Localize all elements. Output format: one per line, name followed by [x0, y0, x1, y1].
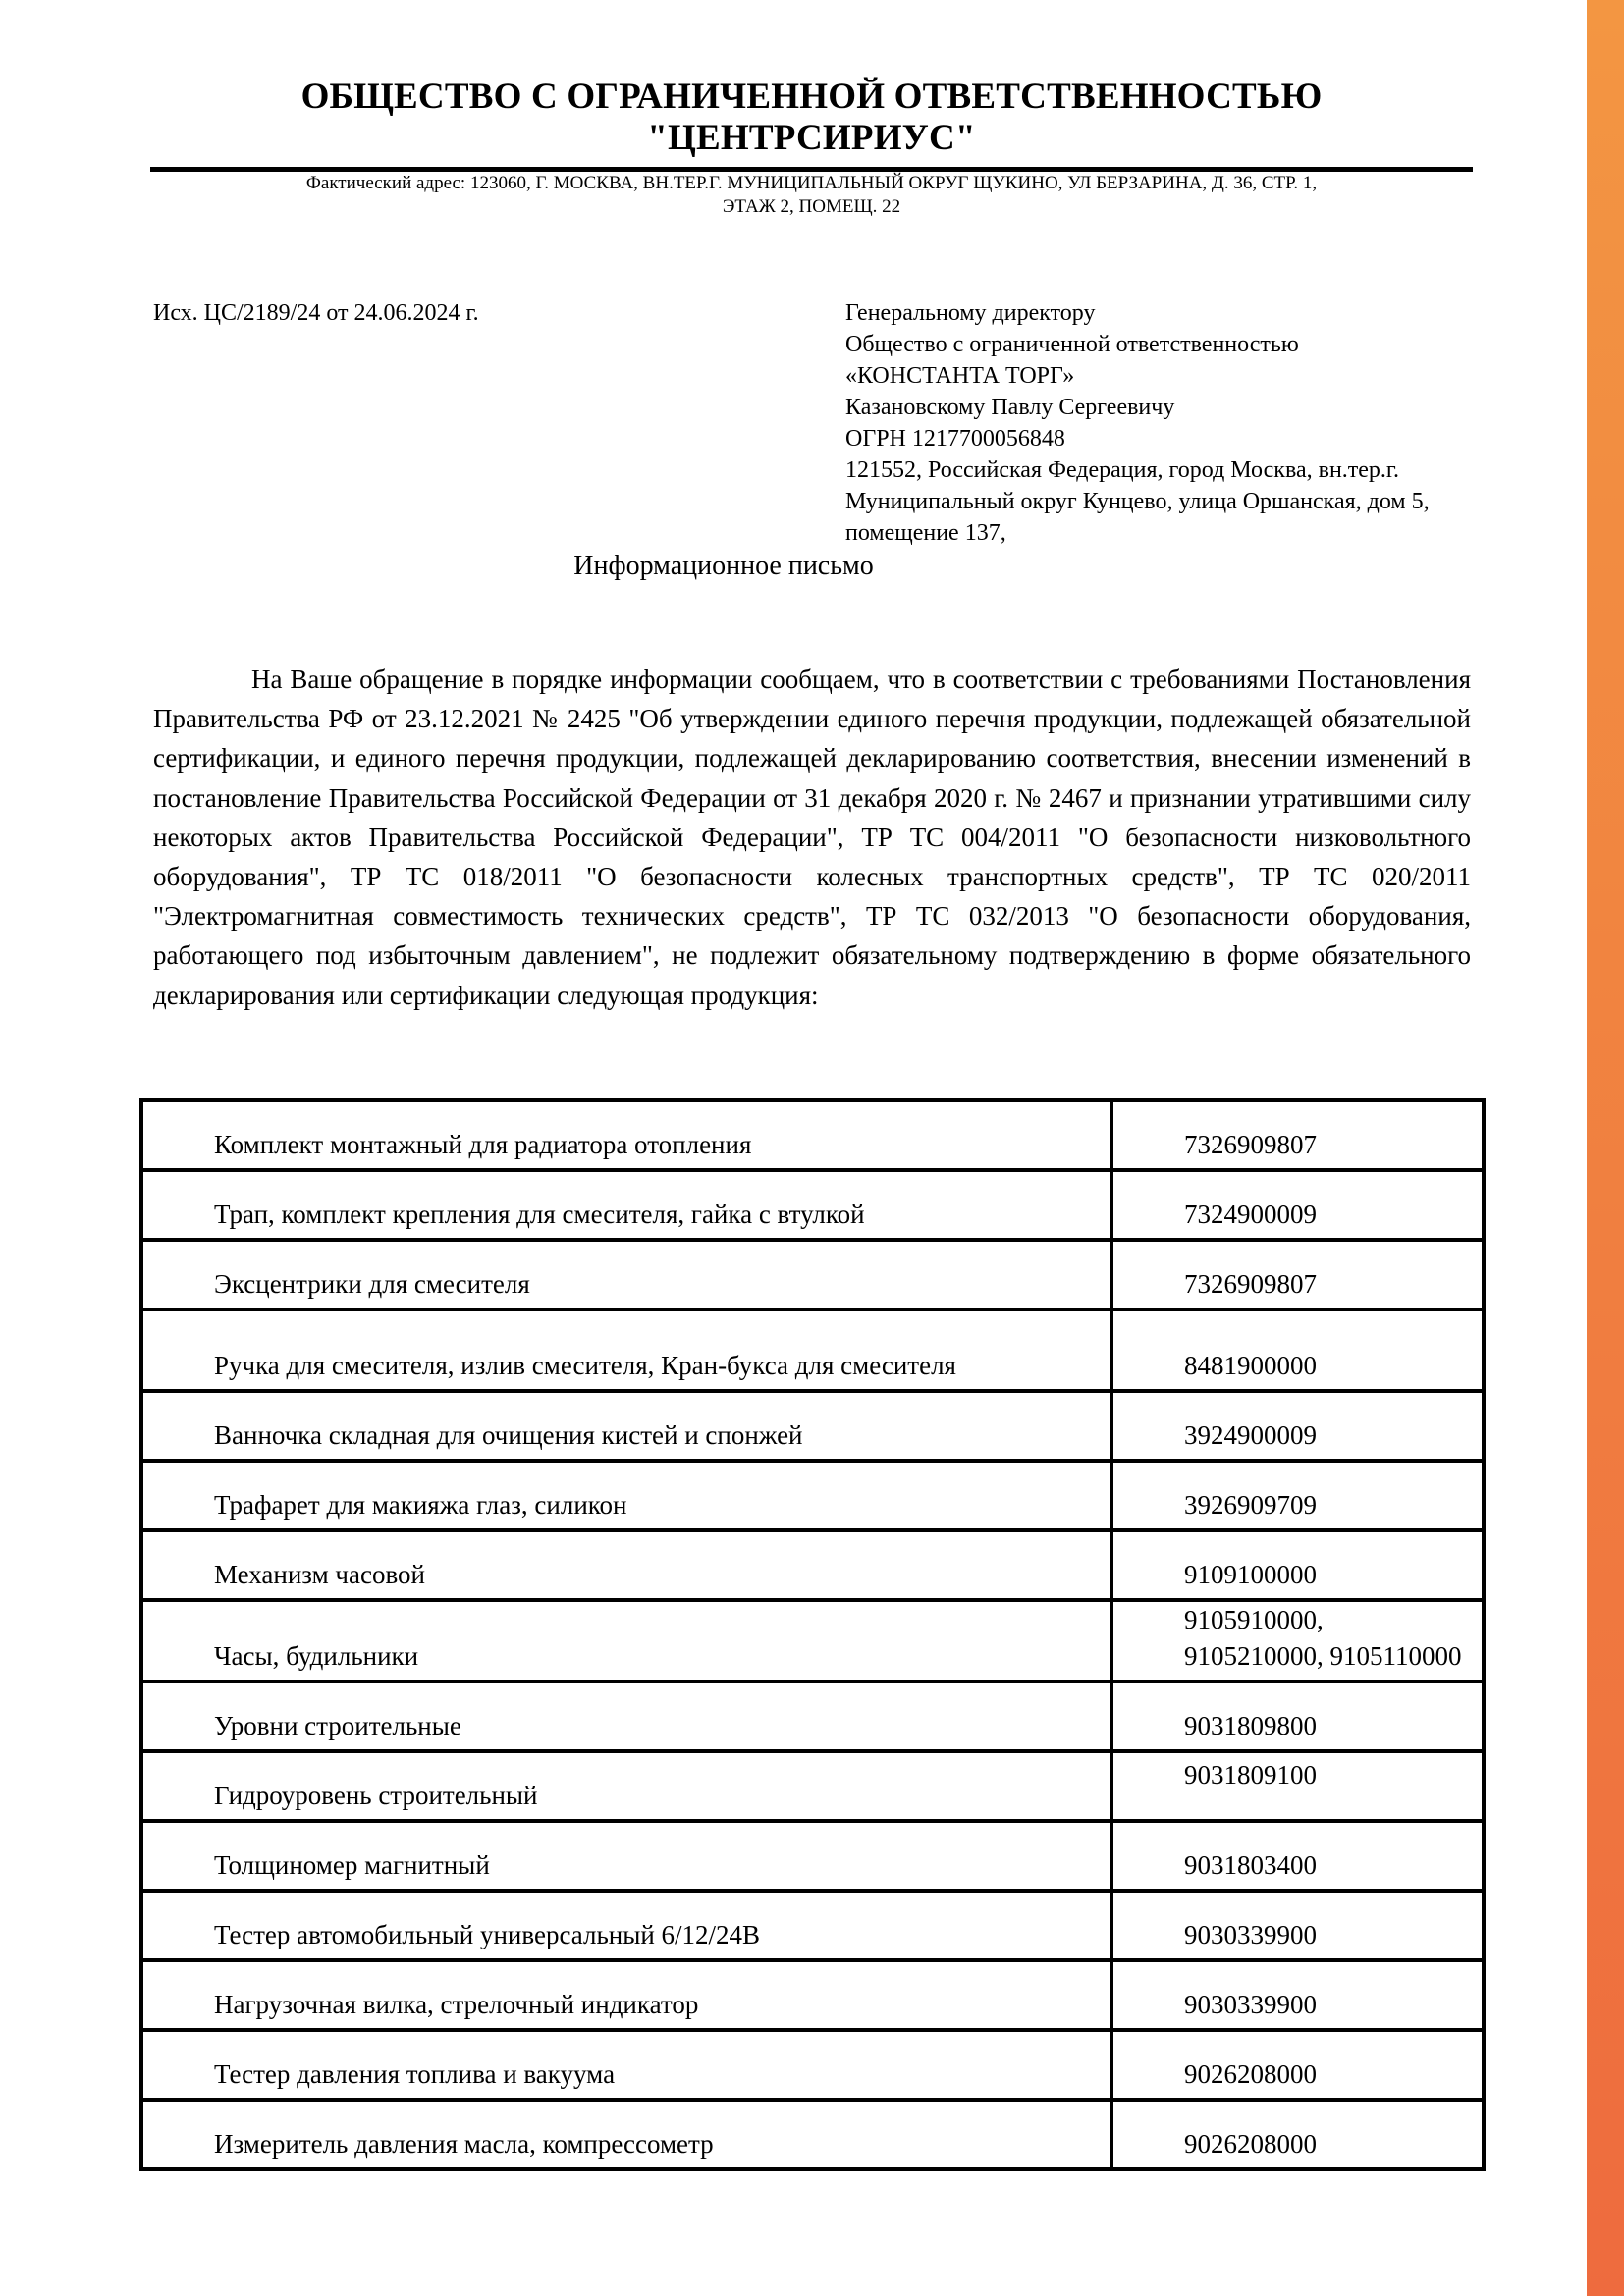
product-name-cell: Гидроуровень строительный [141, 1751, 1111, 1821]
product-code-cell: 9031803400 [1111, 1821, 1484, 1891]
decorative-accent-bar [1587, 0, 1624, 2296]
product-name-cell: Измеритель давления масла, компрессометр [141, 2100, 1111, 2169]
table-row: Тестер автомобильный универсальный 6/12/… [141, 1891, 1484, 1960]
address-line2: ЭТАЖ 2, ПОМЕЩ. 22 [150, 195, 1473, 219]
table-row: Часы, будильники9105910000, 9105210000, … [141, 1600, 1484, 1682]
product-code-cell: 9026208000 [1111, 2030, 1484, 2100]
recipient-line: 121552, Российская Федерация, город Моск… [845, 454, 1533, 486]
product-code-cell: 9030339900 [1111, 1960, 1484, 2030]
product-code-cell: 9105910000, 9105210000, 9105110000 [1111, 1600, 1484, 1682]
product-name-cell: Нагрузочная вилка, стрелочный индикатор [141, 1960, 1111, 2030]
company-name-line1: ОБЩЕСТВО С ОГРАНИЧЕННОЙ ОТВЕТСТВЕННОСТЬЮ [150, 77, 1473, 118]
table-row: Нагрузочная вилка, стрелочный индикатор9… [141, 1960, 1484, 2030]
letterhead: ОБЩЕСТВО С ОГРАНИЧЕННОЙ ОТВЕТСТВЕННОСТЬЮ… [150, 77, 1473, 159]
address-line1: Фактический адрес: 123060, Г. МОСКВА, ВН… [150, 172, 1473, 195]
recipient-block: Генеральному директору Общество с ограни… [845, 297, 1533, 549]
recipient-line: Казановскому Павлу Сергеевичу [845, 392, 1533, 423]
table-row: Гидроуровень строительный9031809100 [141, 1751, 1484, 1821]
product-code-cell: 9109100000 [1111, 1530, 1484, 1600]
product-name-cell: Ванночка складная для очищения кистей и … [141, 1391, 1111, 1461]
product-name-cell: Тестер давления топлива и вакуума [141, 2030, 1111, 2100]
recipient-line: Генеральному директору [845, 297, 1533, 329]
product-table: Комплект монтажный для радиатора отоплен… [139, 1098, 1486, 2171]
recipient-line: Общество с ограниченной ответственностью [845, 329, 1533, 360]
table-row: Трап, комплект крепления для смесителя, … [141, 1170, 1484, 1240]
table-row: Тестер давления топлива и вакуума9026208… [141, 2030, 1484, 2100]
recipient-line: ОГРН 1217700056848 [845, 423, 1533, 454]
product-code-cell: 7326909807 [1111, 1240, 1484, 1309]
product-name-cell: Механизм часовой [141, 1530, 1111, 1600]
product-code-cell: 7326909807 [1111, 1100, 1484, 1170]
company-name-line2: "ЦЕНТРСИРИУС" [150, 118, 1473, 159]
recipient-line: «КОНСТАНТА ТОРГ» [845, 360, 1533, 392]
product-code-cell: 3926909709 [1111, 1461, 1484, 1530]
product-code-cell: 9030339900 [1111, 1891, 1484, 1960]
letter-body: На Ваше обращение в порядке информации с… [153, 660, 1471, 1015]
product-name-cell: Тестер автомобильный универсальный 6/12/… [141, 1891, 1111, 1960]
product-name-cell: Ручка для смесителя, излив смесителя, Кр… [141, 1309, 1111, 1391]
product-name-cell: Толщиномер магнитный [141, 1821, 1111, 1891]
product-code-cell: 9026208000 [1111, 2100, 1484, 2169]
product-code-cell: 9031809100 [1111, 1751, 1484, 1821]
recipient-line: помещение 137, [845, 517, 1533, 549]
product-name-cell: Комплект монтажный для радиатора отоплен… [141, 1100, 1111, 1170]
product-name-cell: Эксцентрики для смесителя [141, 1240, 1111, 1309]
product-name-cell: Трафарет для макияжа глаз, силикон [141, 1461, 1111, 1530]
recipient-line: Муниципальный округ Кунцево, улица Оршан… [845, 486, 1533, 517]
table-row: Уровни строительные9031809800 [141, 1682, 1484, 1751]
table-row: Комплект монтажный для радиатора отоплен… [141, 1100, 1484, 1170]
table-row: Измеритель давления масла, компрессометр… [141, 2100, 1484, 2169]
table-row: Эксцентрики для смесителя7326909807 [141, 1240, 1484, 1309]
company-address: Фактический адрес: 123060, Г. МОСКВА, ВН… [150, 172, 1473, 219]
letter-title-row: Информационное письмо [0, 550, 1624, 583]
letter-title: Информационное письмо [573, 550, 873, 583]
product-code-cell: 3924900009 [1111, 1391, 1484, 1461]
table-row: Ванночка складная для очищения кистей и … [141, 1391, 1484, 1461]
table-row: Механизм часовой9109100000 [141, 1530, 1484, 1600]
product-name-cell: Трап, комплект крепления для смесителя, … [141, 1170, 1111, 1240]
product-code-cell: 7324900009 [1111, 1170, 1484, 1240]
table-row: Трафарет для макияжа глаз, силикон392690… [141, 1461, 1484, 1530]
outgoing-reference: Исх. ЦС/2189/24 от 24.06.2024 г. [153, 297, 479, 329]
table-row: Ручка для смесителя, излив смесителя, Кр… [141, 1309, 1484, 1391]
product-code-cell: 8481900000 [1111, 1309, 1484, 1391]
product-code-cell: 9031809800 [1111, 1682, 1484, 1751]
table-row: Толщиномер магнитный9031803400 [141, 1821, 1484, 1891]
product-name-cell: Уровни строительные [141, 1682, 1111, 1751]
product-name-cell: Часы, будильники [141, 1600, 1111, 1682]
